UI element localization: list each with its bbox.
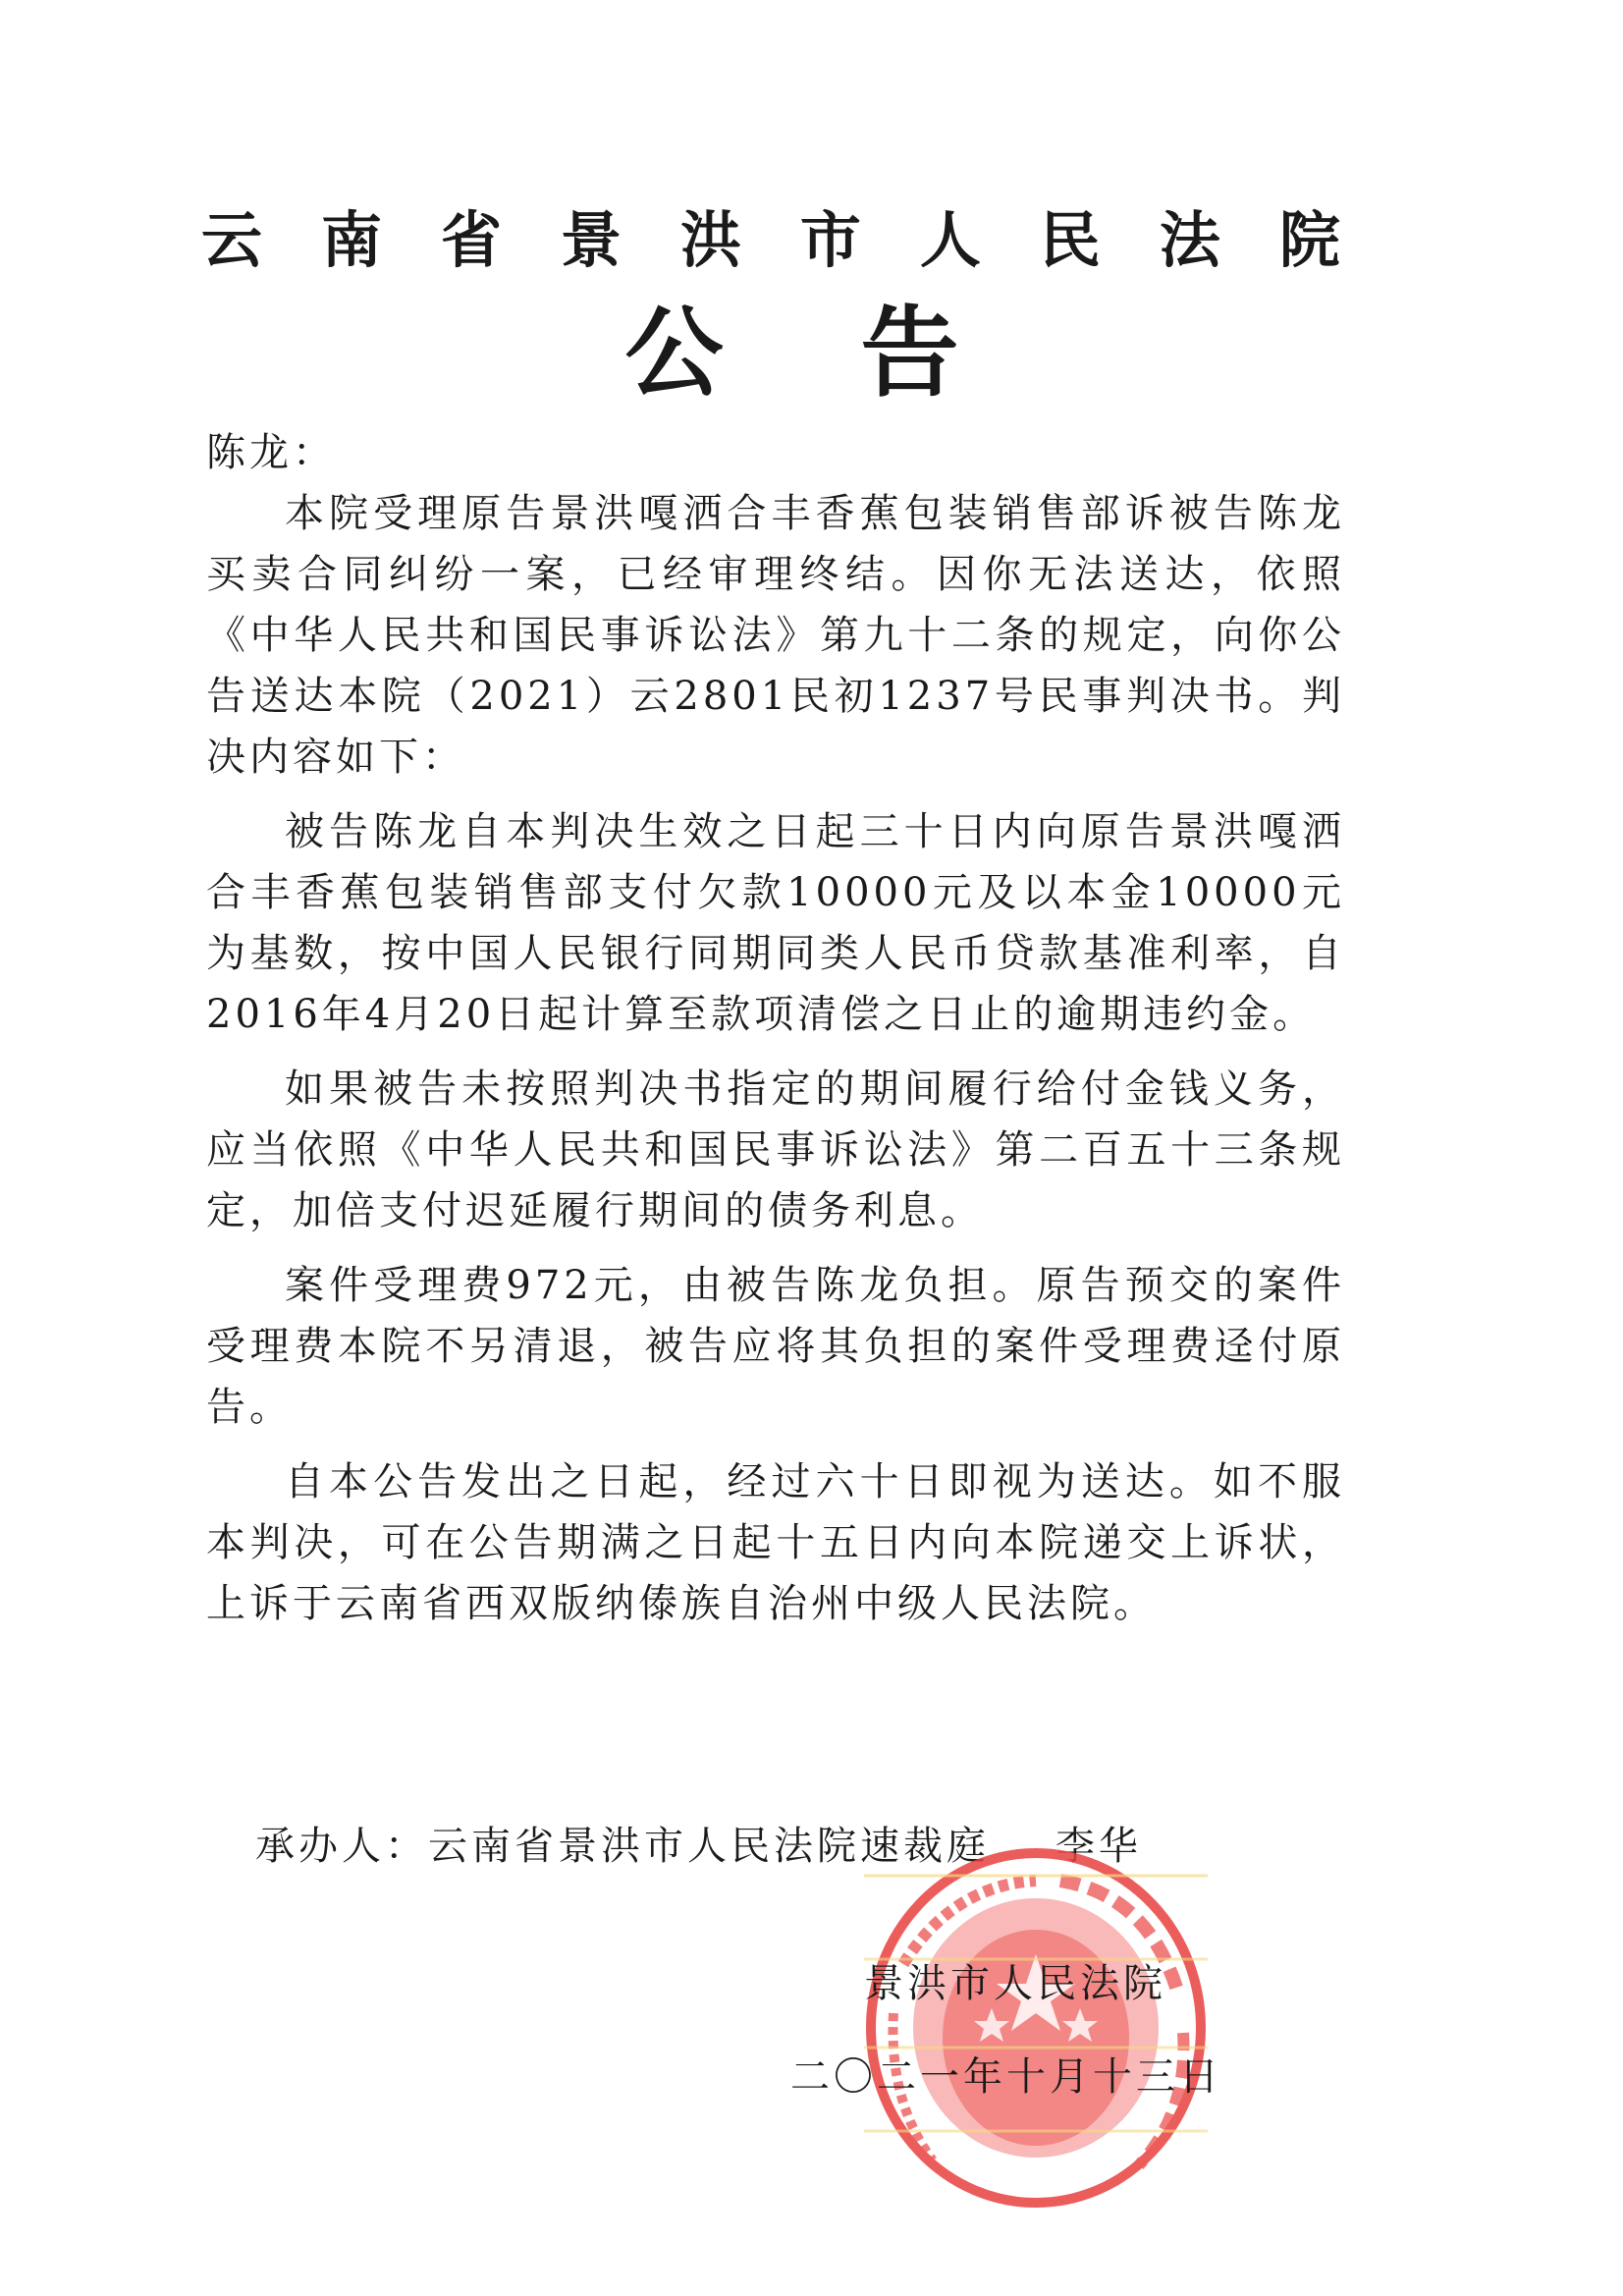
court-title: 云 南 省 景 洪 市 人 民 法 院 [201,201,1340,280]
court-title-char: 民 [1040,201,1101,280]
paragraph-service: 本院受理原告景洪嘎洒合丰香蕉包装销售部诉被告陈龙买卖合同纠纷一案，已经审理终结。… [206,483,1345,788]
notice-page: 云 南 省 景 洪 市 人 民 法 院 公告 陈龙： 本院受理原告景洪嘎洒合丰香… [0,0,1623,2296]
court-title-char: 洪 [680,201,741,280]
court-title-char: 省 [441,201,502,280]
addressee: 陈龙： [206,422,1345,483]
paragraph-appeal: 自本公告发出之日起，经过六十日即视为送达。如不服本判决，可在公告期满之日起十五日… [206,1451,1345,1634]
signature-date: 二〇二一年十月十三日 [790,2048,1222,2106]
paragraph-late-interest: 如果被告未按照判决书指定的期间履行给付金钱义务，应当依照《中华人民共和国民事诉讼… [206,1059,1345,1241]
court-title-char: 云 [201,201,262,280]
court-title-char: 人 [920,201,981,280]
court-title-char: 南 [321,201,382,280]
official-court-seal-icon [864,1846,1208,2210]
court-title-char: 市 [800,201,861,280]
notice-body: 陈龙： 本院受理原告景洪嘎洒合丰香蕉包装销售部诉被告陈龙买卖合同纠纷一案，已经审… [206,422,1345,1648]
court-title-char: 法 [1160,201,1220,280]
paragraph-fees: 案件受理费972元，由被告陈龙负担。原告预交的案件受理费本院不另清退，被告应将其… [206,1255,1345,1438]
paragraph-judgment: 被告陈龙自本判决生效之日起三十日内向原告景洪嘎洒合丰香蕉包装销售部支付欠款100… [206,801,1345,1045]
notice-title: 公告 [0,295,1623,412]
signature-organization: 景洪市人民法院 [864,1954,1166,2013]
case-handler: 承办人：云南省景洪市人民法院速裁庭 李华 [255,1817,1434,1876]
court-title-char: 院 [1279,201,1340,280]
court-title-char: 景 [561,201,622,280]
